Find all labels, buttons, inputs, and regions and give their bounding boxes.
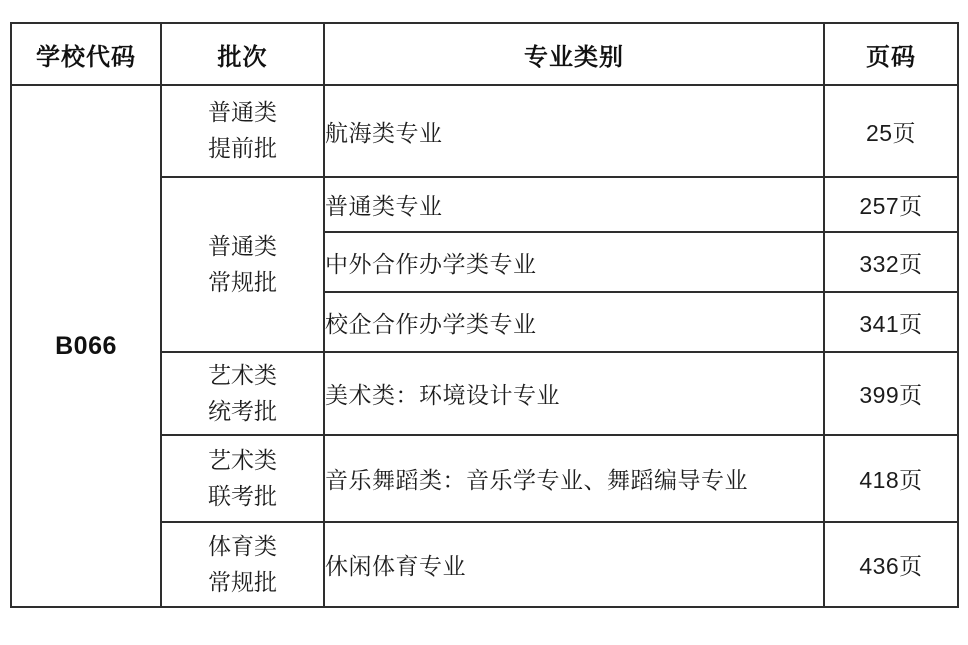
- category-cell: 普通类专业: [324, 177, 824, 232]
- header-page: 页码: [824, 23, 958, 85]
- category-cell: 音乐舞蹈类：音乐学专业、舞蹈编导专业: [324, 435, 824, 522]
- header-category: 专业类别: [324, 23, 824, 85]
- header-school-code: 学校代码: [11, 23, 161, 85]
- batch-cell: 艺术类 统考批: [161, 352, 324, 435]
- batch-cell: 普通类 常规批: [161, 177, 324, 352]
- category-cell: 中外合作办学类专业: [324, 232, 824, 292]
- table-header-row: 学校代码 批次 专业类别 页码: [11, 23, 958, 85]
- category-cell: 航海类专业: [324, 85, 824, 177]
- category-cell: 休闲体育专业: [324, 522, 824, 607]
- category-cell: 美术类：环境设计专业: [324, 352, 824, 435]
- page-cell: 257页: [824, 177, 958, 232]
- page-cell: 418页: [824, 435, 958, 522]
- page-cell: 332页: [824, 232, 958, 292]
- page-cell: 341页: [824, 292, 958, 352]
- batch-cell: 普通类 提前批: [161, 85, 324, 177]
- school-code-cell: B066: [11, 85, 161, 607]
- page-cell: 399页: [824, 352, 958, 435]
- category-cell: 校企合作办学类专业: [324, 292, 824, 352]
- batch-cell: 艺术类 联考批: [161, 435, 324, 522]
- table-row: B066 普通类 提前批 航海类专业 25页: [11, 85, 958, 177]
- page-cell: 436页: [824, 522, 958, 607]
- page-cell: 25页: [824, 85, 958, 177]
- header-batch: 批次: [161, 23, 324, 85]
- batch-cell: 体育类 常规批: [161, 522, 324, 607]
- school-majors-table: 学校代码 批次 专业类别 页码 B066 普通类 提前批 航海类专业 25页 普…: [10, 22, 959, 608]
- document-page: 学校代码 批次 专业类别 页码 B066 普通类 提前批 航海类专业 25页 普…: [0, 0, 968, 645]
